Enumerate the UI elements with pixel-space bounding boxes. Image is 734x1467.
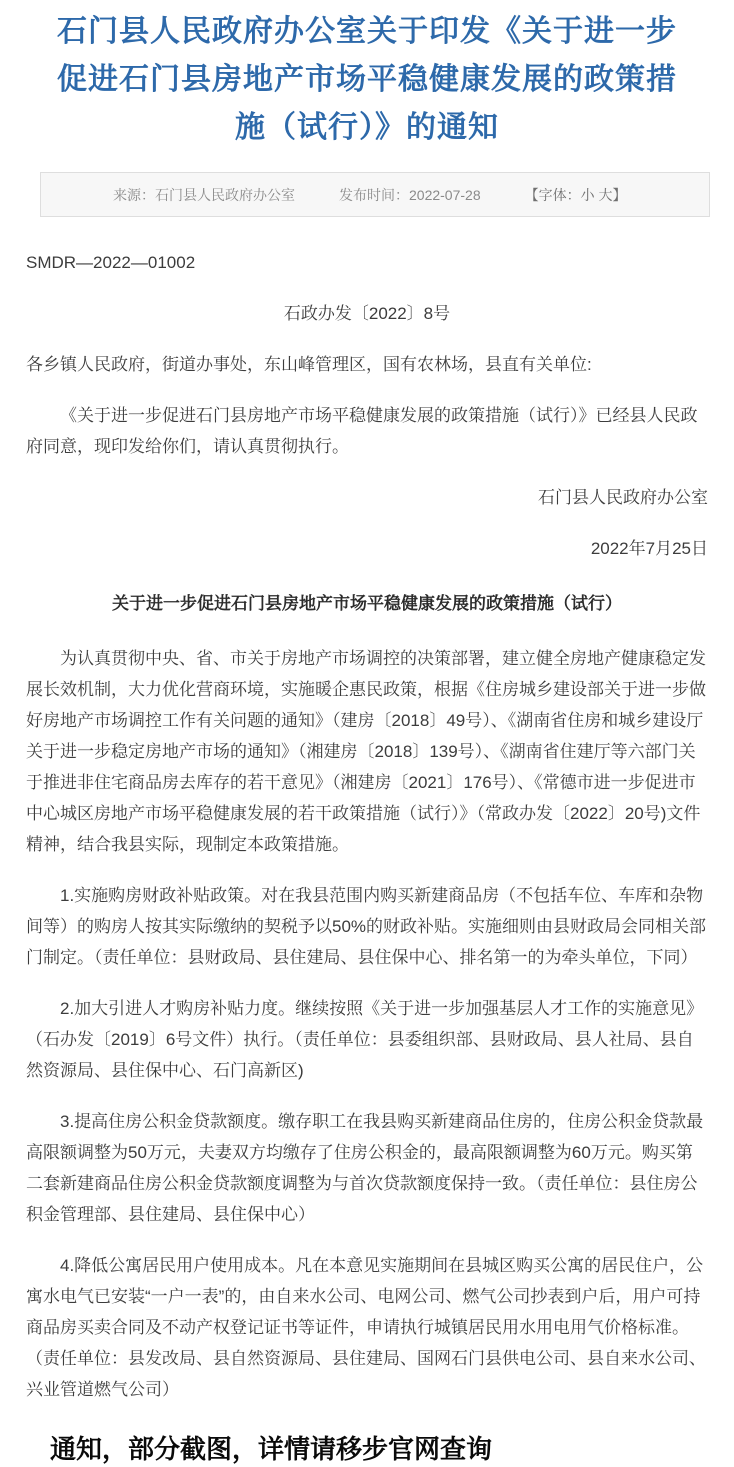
measure-2-paragraph: 2.加大引进人才购房补贴力度。继续按照《关于进一步加强基层人才工作的实施意见》（…: [26, 993, 708, 1086]
page-title-line-1: 石门县人民政府办公室关于印发《关于进一步: [36, 8, 698, 56]
recipients-line: 各乡镇人民政府，街道办事处，东山峰管理区，国有农林场，县直有关单位:: [26, 349, 708, 380]
page-title-line-3: 施（试行）》的通知: [36, 104, 698, 152]
font-size-control[interactable]: 【字体：小 大】: [525, 185, 627, 205]
document-page: 石门县人民政府办公室关于印发《关于进一步 促进石门县房地产市场平稳健康发展的政策…: [0, 0, 734, 1467]
measure-4-paragraph: 4.降低公寓居民用户使用成本。凡在本意见实施期间在县城区购买公寓的居民住户，公寓…: [26, 1250, 708, 1405]
page-title: 石门县人民政府办公室关于印发《关于进一步 促进石门县房地产市场平稳健康发展的政策…: [36, 8, 698, 152]
policy-title: 关于进一步促进石门县房地产市场平稳健康发展的政策措施（试行）: [26, 588, 708, 619]
doc-issue-number: 石政办发〔2022〕8号: [26, 298, 708, 329]
preamble-paragraph: 为认真贯彻中央、省、市关于房地产市场调控的决策部署，建立健全房地产健康稳定发展长…: [26, 643, 708, 860]
meta-bar: 来源：石门县人民政府办公室 发布时间：2022-07-28 【字体：小 大】: [40, 172, 710, 217]
article-body: SMDR—2022—01002 石政办发〔2022〕8号 各乡镇人民政府，街道办…: [26, 247, 708, 1405]
measure-1-paragraph: 1.实施购房财政补贴政策。对在我县范围内购买新建商品房（不包括车位、车库和杂物间…: [26, 880, 708, 973]
source-label: 来源：石门县人民政府办公室: [113, 185, 295, 205]
doc-index-number: SMDR—2022—01002: [26, 247, 708, 278]
issuer-signature: 石门县人民政府办公室: [26, 482, 708, 513]
page-title-line-2: 促进石门县房地产市场平稳健康发展的政策措: [36, 56, 698, 104]
publish-time-label: 发布时间：2022-07-28: [339, 185, 481, 205]
measure-3-paragraph: 3.提高住房公积金贷款额度。缴存职工在我县购买新建商品住房的，住房公积金贷款最高…: [26, 1106, 708, 1230]
forward-paragraph: 《关于进一步促进石门县房地产市场平稳健康发展的政策措施（试行）》已经县人民政府同…: [26, 400, 708, 462]
screenshot-note: 通知，部分截图，详情请移步官网查询: [26, 1431, 708, 1467]
issue-date: 2022年7月25日: [26, 533, 708, 564]
